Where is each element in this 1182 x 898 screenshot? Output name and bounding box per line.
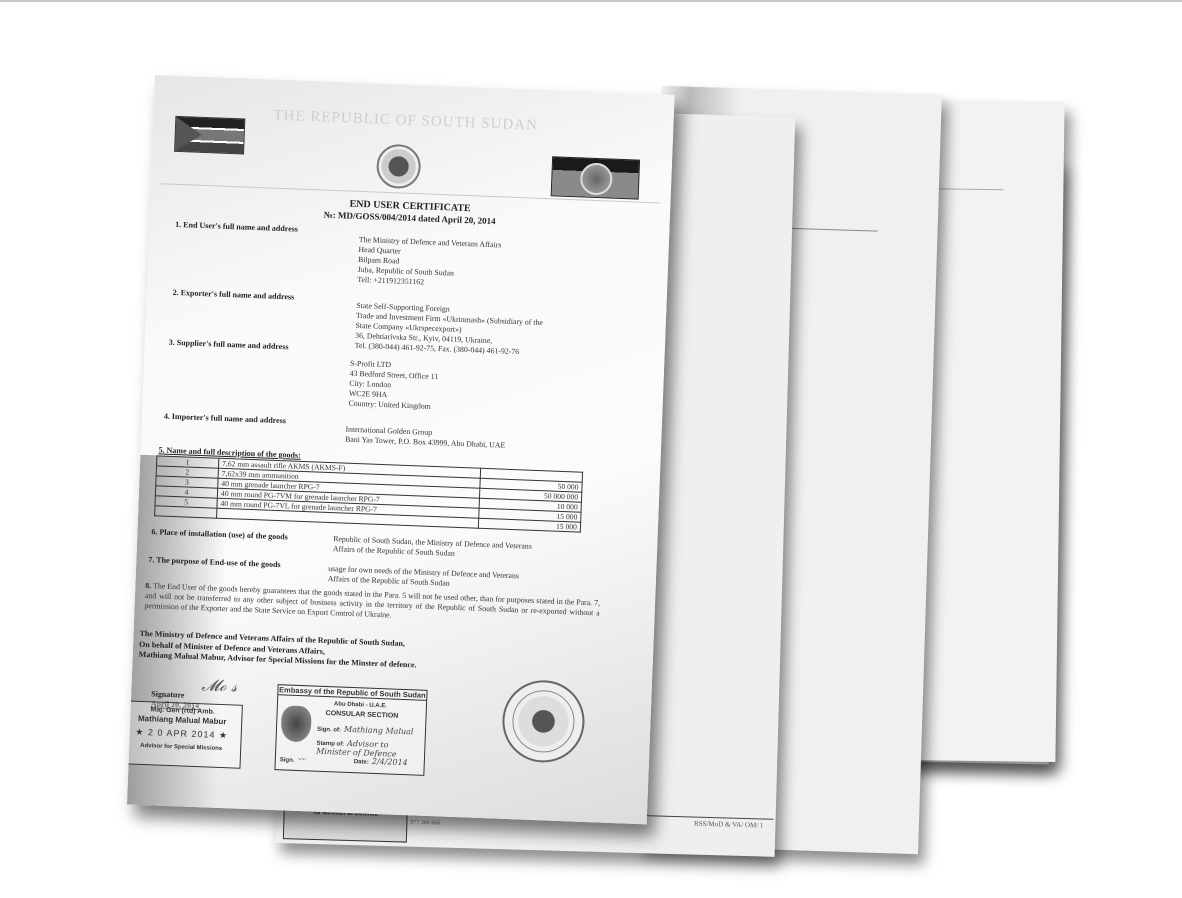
phone-fragment: 977 366 666 [410, 819, 440, 829]
flag-icon [551, 156, 640, 199]
eagle-emblem-icon [281, 705, 312, 742]
handwritten-signature: 𝓜ℴ 𝓈 [201, 675, 237, 696]
rank-stamp: Maj. Gen (rtd) Amb. Mathiang Malual Mabu… [127, 700, 243, 769]
consular-stamp: Embassy of the Republic of South Sudan A… [274, 684, 427, 776]
top-border [0, 0, 1182, 2]
end-user-certificate-page: THE REPUBLIC OF SOUTH SUDAN END USER CER… [127, 75, 675, 824]
flag-icon [174, 116, 245, 155]
footer-reference: RSS/MoD & VA/ OM/ 1 [694, 820, 764, 830]
